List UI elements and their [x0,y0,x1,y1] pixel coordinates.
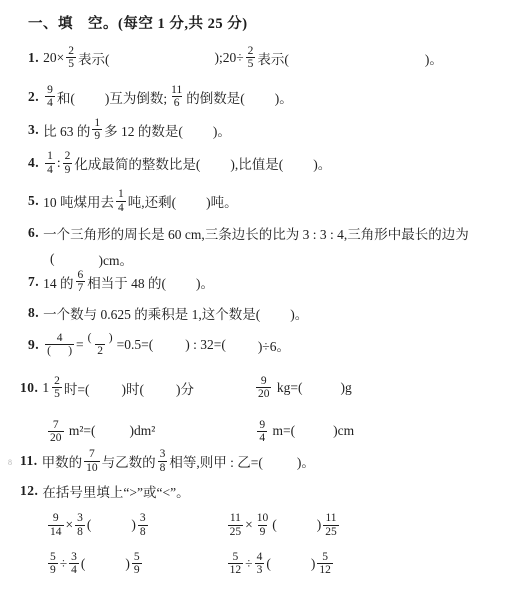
problem-number: 4. [28,155,39,171]
fraction-denominator: 3 [255,563,265,576]
fraction-denominator: 4 [45,163,55,176]
problem-text: 10 吨煤用去 [43,191,114,211]
fraction-denominator: 5 [66,57,76,70]
answer-blank [144,387,176,388]
answer-blank [176,201,206,202]
problem-text: ),比值是( [230,153,283,173]
fraction-numerator: 2 [52,375,62,387]
fraction-numerator: 10 [255,512,271,524]
fraction: 710 [84,448,100,474]
fraction: 59 [132,551,142,577]
problem-number: 1. [28,50,39,66]
fraction-denominator: 4 [45,96,55,109]
problem-text: )cm [333,423,354,439]
worksheet-lines: 1.20×25表示();20÷25表示()。2.94和()互为倒数;116的倒数… [0,45,523,577]
fraction-numerator: 9 [257,419,267,431]
fraction-numerator: 4 [255,551,265,563]
fraction-numerator: 4 [55,332,65,344]
fraction-numerator: 5 [48,551,58,563]
fraction-numerator: 5 [320,551,330,563]
problem-text: )。 [196,272,214,292]
fraction: 94 [45,84,55,110]
problem-6-cont: ()cm。 [0,249,523,269]
fraction: 720 [48,419,64,445]
fraction-numerator: 1 [92,117,102,129]
worksheet-page: 一、填 空。(每空 1 分,共 25 分) 1.20×25表示();20÷25表… [0,0,523,598]
fraction-denominator: 9 [63,163,73,176]
fraction-denominator: ( ) [45,344,74,357]
fraction-denominator: 4 [69,563,79,576]
answer-blank [89,387,121,388]
problem-text: × [66,517,74,533]
problem-text: 甲数的 [42,451,83,471]
problem-number: 8. [28,305,39,321]
problem-number: 2. [28,89,39,105]
scan-artifact: 8 [8,458,12,467]
problem-text: m²=( [66,423,96,439]
fraction: 38 [158,448,168,474]
problem-text: )。 [313,153,331,173]
problem-text: ÷ [245,556,252,572]
fraction-denominator: 10 [84,461,100,474]
problem-text: = [76,337,84,353]
problem-text: 化成最简的整数比是( [74,153,200,173]
problem-10-row1: 10.125时=()时()分920 kg=()g [0,375,523,401]
problem-number: 11. [20,453,38,469]
problem-text: 在括号里填上“>”或“<”。 [42,481,189,501]
problem-text: ) [311,556,316,572]
problem-text: ) [125,556,130,572]
fraction-numerator: 11 [169,84,184,96]
problem-7: 7.14 的67相当于 48 的()。 [0,269,523,295]
answer-blank [295,431,333,432]
answer-blank [91,525,131,526]
problem-number: 5. [28,193,39,209]
fraction-numerator: 2 [66,45,76,57]
fraction: 25 [52,375,62,401]
fraction: 38 [75,512,85,538]
fraction-denominator: 8 [138,525,148,538]
problem-9: 9.4( )=( )2=0.5=() : 32=()÷6。 [0,332,523,358]
fraction-numerator: 3 [158,448,168,460]
answer-blank [200,163,230,164]
fraction-denominator: 8 [158,461,168,474]
problem-8: 8.一个数与 0.625 的乘积是 1,这个数是()。 [0,303,523,323]
fraction: 914 [48,512,64,538]
problem-text: × [245,517,253,533]
fraction-numerator: ( ) [86,332,115,344]
fraction-denominator: 12 [317,563,333,576]
problem-3: 3.比 63 的19多 12 的数是()。 [0,117,523,143]
fraction-denominator: 6 [172,96,182,109]
problem-text: );20÷ [215,50,244,66]
problem-text: 比 63 的 [43,120,90,140]
fraction-numerator: 3 [138,512,148,524]
problem-number: 7. [28,274,39,290]
fraction: 512 [228,551,244,577]
fraction: 67 [76,269,86,295]
problem-text: 一个数与 0.625 的乘积是 1,这个数是( [43,303,260,323]
problem-6: 6.一个三角形的周长是 60 cm,三条边长的比为 3 : 3 : 4,三角形中… [0,223,523,243]
compare-row-1: 914×38()381125×109()1125 [0,512,523,538]
answer-blank [245,96,275,97]
answer-blank [302,387,340,388]
answer-blank [283,163,313,164]
problem-text: 相当于 48 的( [87,272,166,292]
column-spacer [194,387,254,388]
fraction-numerator: 6 [76,269,86,281]
problem-number: 10. [20,380,38,396]
fraction: 14 [45,150,55,176]
fraction: 38 [138,512,148,538]
answer-blank [110,57,215,58]
problem-text: : [57,155,61,171]
fraction-numerator: 3 [75,512,85,524]
problem-text: )。 [425,48,443,68]
column-spacer [155,431,255,432]
problem-text: ) : 32=( [185,337,226,353]
mixed-number: 125 [42,375,64,401]
fraction-numerator: 1 [45,150,55,162]
fraction-denominator: 7 [76,281,86,294]
fraction: 1125 [228,512,244,538]
answer-blank [75,96,105,97]
problem-text: ÷ [60,556,67,572]
problem-number: 3. [28,122,39,138]
fraction-denominator: 9 [48,563,58,576]
problem-text: )互为倒数; [105,87,167,107]
problem-number: 12. [20,483,38,499]
problem-text: )分 [176,378,194,398]
fraction-denominator: 5 [246,57,256,70]
answer-blank [271,563,311,564]
answer-blank [226,344,258,345]
problem-text: )dm² [130,423,156,439]
fraction-numerator: 9 [259,375,269,387]
fraction: 14 [116,188,126,214]
problem-2: 2.94和()互为倒数;116的倒数是()。 [0,84,523,110]
fraction: 512 [317,551,333,577]
answer-blank [183,129,213,130]
fraction-denominator: 20 [256,387,272,400]
fraction: 34 [69,551,79,577]
problem-text: 吨,还剩( [128,191,176,211]
column-spacer [150,525,226,526]
problem-text: 20× [43,50,64,66]
problem-text: )时( [121,378,144,398]
fraction-numerator: 7 [51,419,61,431]
problem-text: 的倒数是( [186,87,245,107]
fraction-denominator: 25 [323,525,339,538]
fraction-denominator: 4 [257,431,267,444]
mixed-number-whole: 1 [42,380,49,396]
problem-11: 11.甲数的710与乙数的38相等,则甲 : 乙=()。 [0,448,523,474]
problem-text: 一个三角形的周长是 60 cm,三条边长的比为 3 : 3 : 4,三角形中最长… [43,223,469,243]
problem-text: kg=( [273,380,302,396]
fraction-denominator: 9 [92,129,102,142]
fraction-numerator: 11 [323,512,338,524]
answer-blank [96,431,130,432]
answer-blank [166,281,196,282]
problem-4: 4.14:29化成最简的整数比是(),比值是()。 [0,150,523,176]
fraction-denominator: 4 [116,201,126,214]
fraction-numerator: 9 [45,84,55,96]
answer-blank [85,563,125,564]
fraction: 1125 [323,512,339,538]
fraction-denominator: 14 [48,525,64,538]
problem-text: ) [317,517,322,533]
problem-text: =0.5=( [117,337,154,353]
fraction-numerator: 7 [87,448,97,460]
fraction-numerator: 2 [246,45,256,57]
fraction: 920 [256,375,272,401]
fraction: 29 [63,150,73,176]
answer-blank [55,259,99,260]
fraction-numerator: 3 [69,551,79,563]
problem-text: )g [340,380,351,396]
problem-text: )吨。 [206,191,238,211]
fraction: ( )2 [86,332,115,358]
fraction-numerator: 9 [51,512,61,524]
fraction-numerator: 11 [228,512,243,524]
problem-text: 表示( [78,48,110,68]
fraction: 4( ) [45,332,74,358]
compare-row-2: 59÷34()59512÷43()512 [0,551,523,577]
fraction: 94 [257,419,267,445]
problem-text: 和( [57,87,75,107]
fraction: 25 [246,45,256,71]
column-spacer [144,563,226,564]
problem-text: 多 12 的数是( [104,120,183,140]
fraction: 25 [66,45,76,71]
problem-text: ) [131,517,136,533]
problem-text: )。 [297,451,315,471]
problem-text: )。 [213,120,231,140]
problem-text: 时=( [64,378,90,398]
section-title: 一、填 空。(每空 1 分,共 25 分) [0,12,523,33]
problem-text: 表示( [257,48,289,68]
problem-text: )。 [275,87,293,107]
problem-text: m=( [269,423,295,439]
problem-text: 14 的 [43,272,73,292]
fraction-denominator: 9 [132,563,142,576]
fraction-denominator: 20 [48,431,64,444]
fraction: 109 [255,512,271,538]
problem-text: 相等,则甲 : 乙=( [169,451,263,471]
problem-text: )÷6。 [258,335,290,355]
problem-12: 12.在括号里填上“>”或“<”。 [0,481,523,501]
fraction-denominator: 12 [228,563,244,576]
problem-1: 1.20×25表示();20÷25表示()。 [0,45,523,71]
problem-text: )。 [290,303,308,323]
fraction-numerator: 2 [63,150,73,162]
problem-number: 9. [28,337,39,353]
problem-text: )cm。 [99,249,134,269]
fraction: 19 [92,117,102,143]
fraction-denominator: 8 [75,525,85,538]
answer-blank [153,344,185,345]
fraction-numerator: 5 [132,551,142,563]
answer-blank [289,57,425,58]
fraction-numerator: 1 [116,188,126,200]
fraction-denominator: 25 [228,525,244,538]
problem-10-row2: 720 m²=()dm²94 m=()cm [0,419,523,445]
problem-number: 6. [28,225,39,241]
problem-text: 与乙数的 [102,451,156,471]
answer-blank [277,525,317,526]
answer-blank [260,312,290,313]
fraction: 43 [255,551,265,577]
fraction: 116 [169,84,184,110]
answer-blank [263,461,297,462]
fraction-denominator: 9 [258,525,268,538]
fraction: 59 [48,551,58,577]
fraction-denominator: 2 [95,344,105,357]
fraction-numerator: 5 [231,551,241,563]
fraction-denominator: 5 [52,387,62,400]
problem-5: 5.10 吨煤用去14吨,还剩()吨。 [0,188,523,214]
